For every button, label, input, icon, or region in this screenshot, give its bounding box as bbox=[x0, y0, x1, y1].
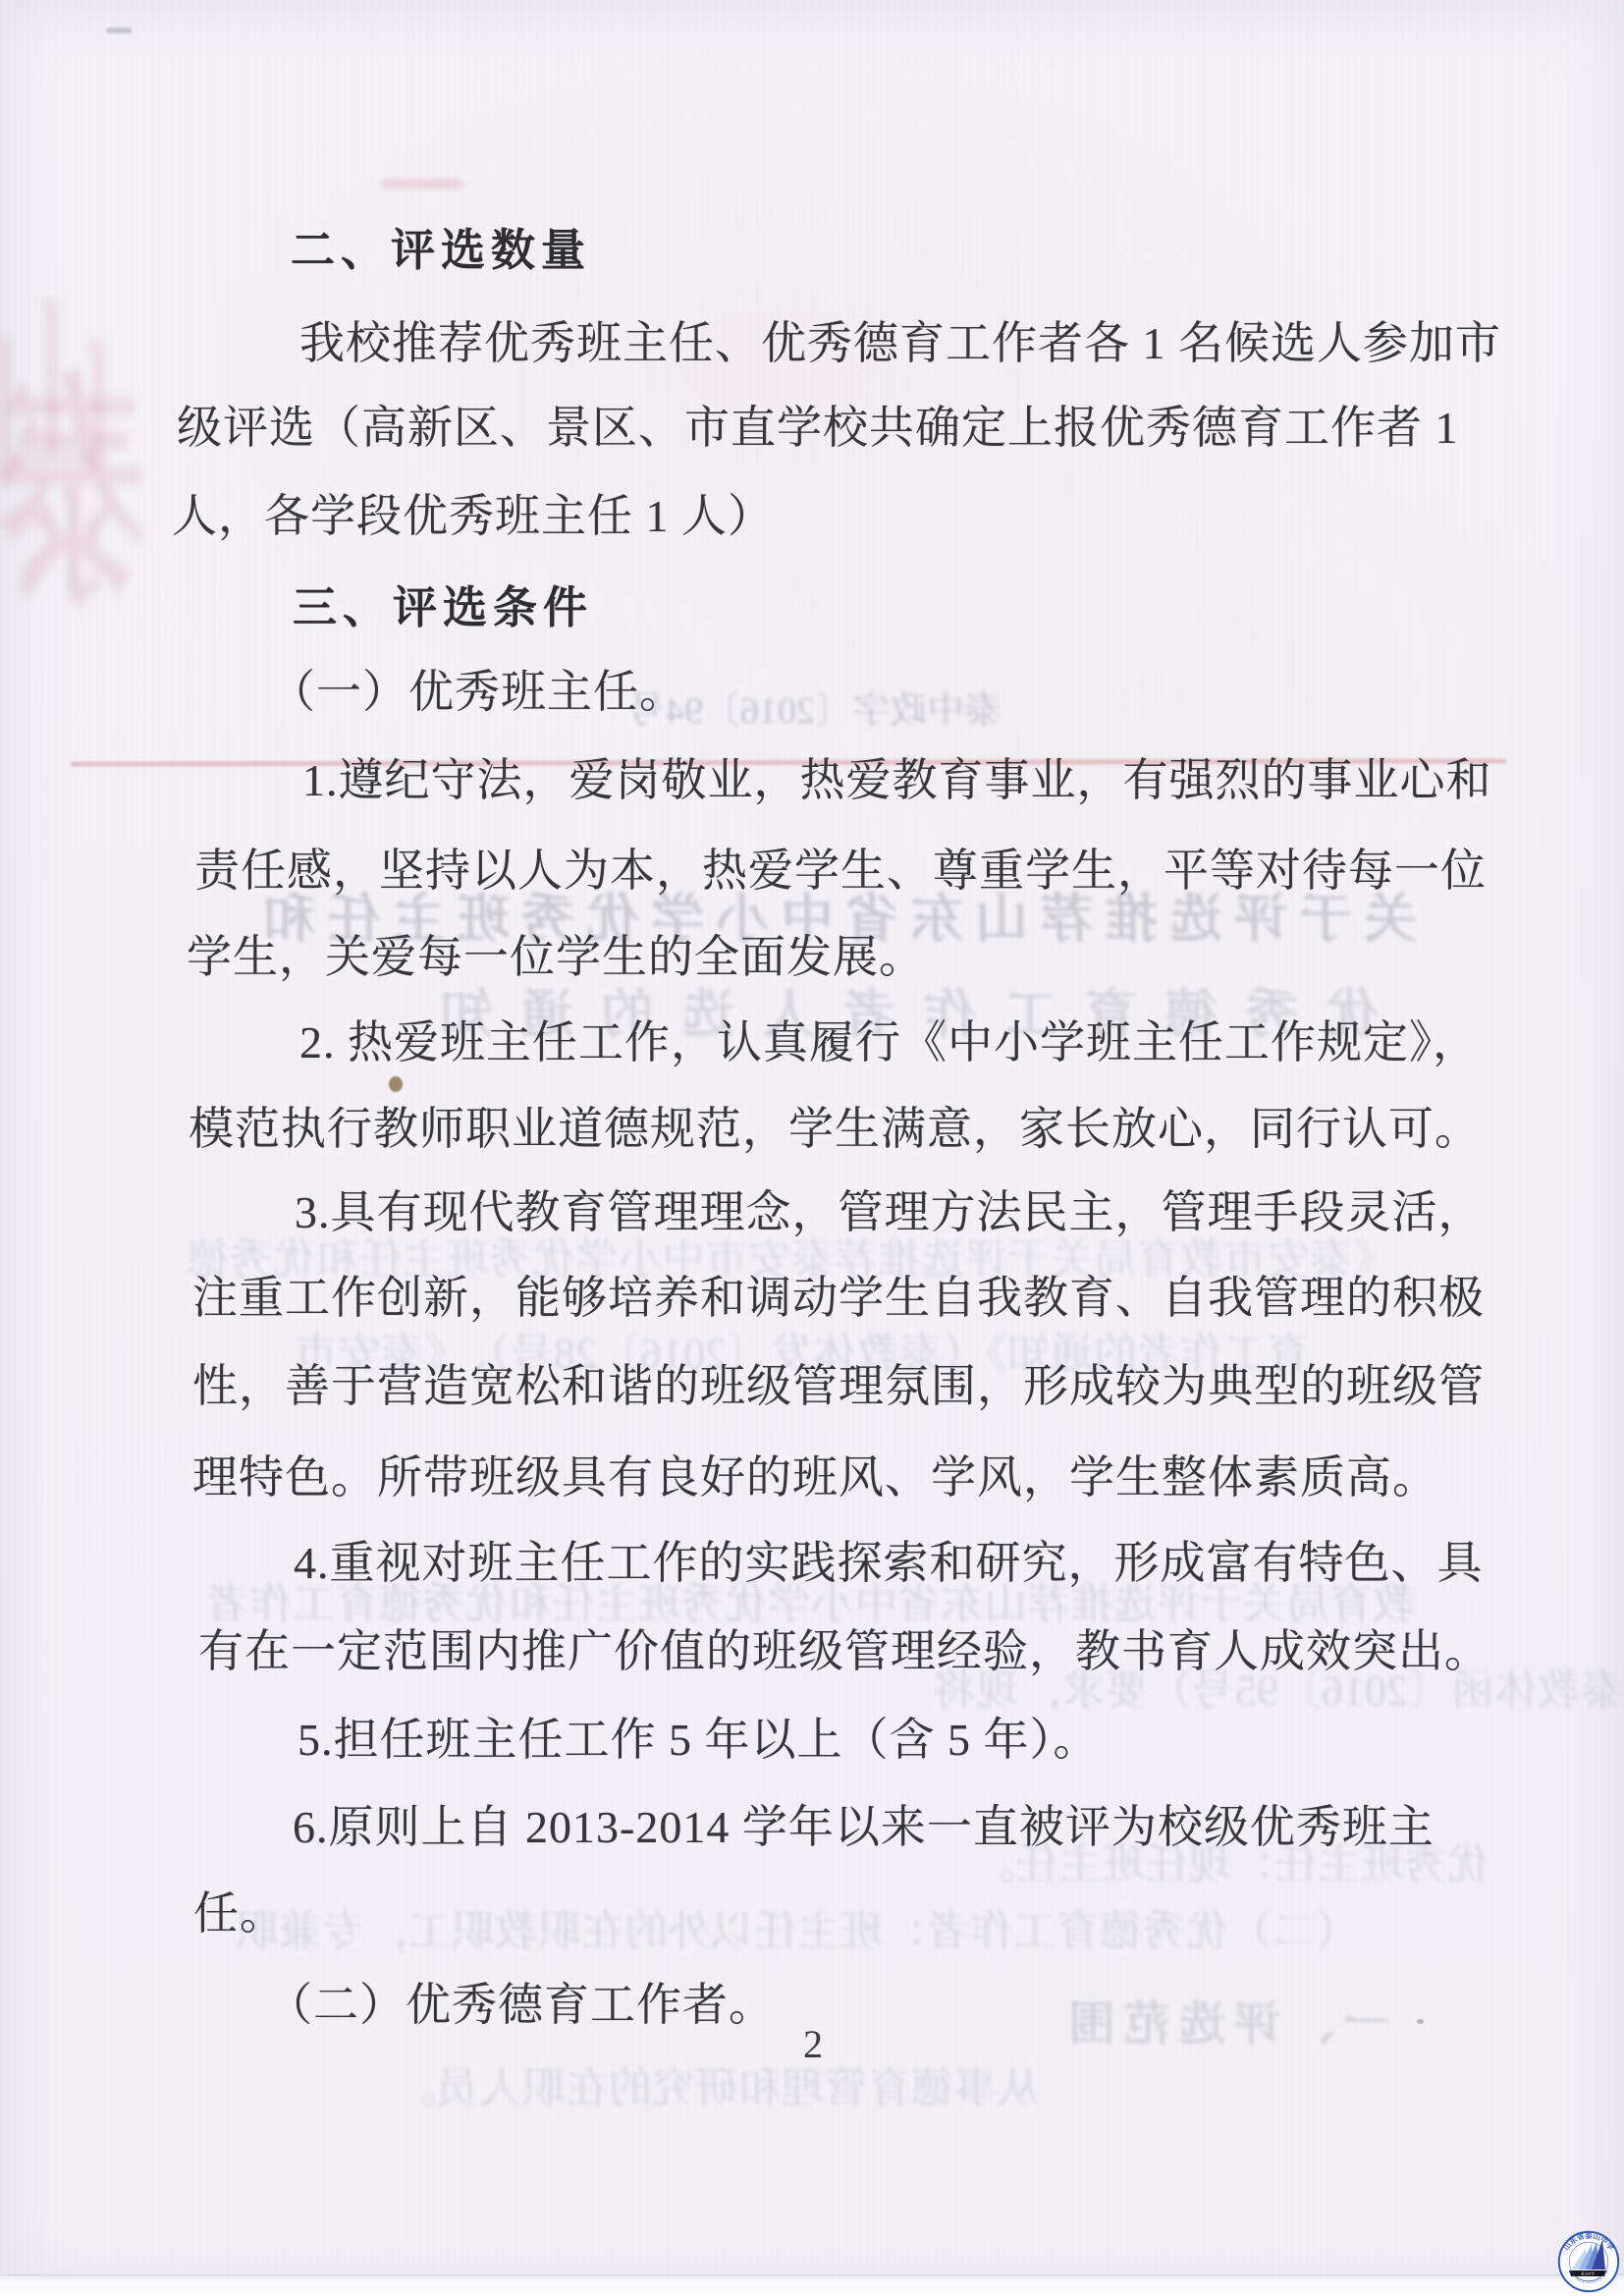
paragraph-line: 2. 热爱班主任工作，认真履行《中小学班主任工作规定》， bbox=[299, 1007, 1479, 1071]
paragraph-line: 3.具有现代教育管理理念，管理方法民主，管理手段灵活， bbox=[295, 1176, 1485, 1241]
paragraph-line: 人，各学段优秀班主任 1 人） bbox=[172, 480, 774, 545]
section-heading-2: 二、评选数量 bbox=[291, 214, 591, 278]
paragraph-line: 6.原则上自 2013-2014 学年以来一直被评为校级优秀班主 bbox=[293, 1791, 1435, 1856]
paragraph-line: 责任感，坚持以人为本，热爱学生、尊重学生，平等对待每一位 bbox=[194, 835, 1487, 900]
subsection-heading: （一）优秀班主任。 bbox=[270, 656, 685, 721]
paragraph-line: 理特色。所带班级具有良好的班风、学风，学生整体素质高。 bbox=[192, 1442, 1438, 1506]
paragraph-line: 我校推荐优秀班主任、优秀德育工作者各 1 名候选人参加市 bbox=[299, 307, 1501, 372]
paragraph-line: 模范执行教师职业道德规范，学生满意，家长放心，同行认可。 bbox=[189, 1093, 1481, 1158]
paper-speck bbox=[389, 1076, 403, 1092]
school-logo: 泰山中学 山东省泰山中学 TAI SHAN MIDDLE SCHOOL SHAN… bbox=[1557, 2230, 1620, 2293]
logo-base-text: 泰山中学 bbox=[1581, 2271, 1595, 2276]
page-number: 2 bbox=[803, 2021, 823, 2067]
paragraph-line: 级评选（高新区、景区、市直学校共确定上报优秀德育工作者 1 bbox=[177, 392, 1459, 457]
paragraph-line: 注重工作创新，能够培养和调动学生自我教育、自我管理的积极 bbox=[192, 1262, 1485, 1327]
paragraph-line: 学生，关爱每一位学生的全面发展。 bbox=[187, 921, 925, 986]
paragraph-line: 性，善于营造宽松和谐的班级管理氛围，形成较为典型的班级管 bbox=[192, 1350, 1485, 1415]
paragraph-line: 任。 bbox=[193, 1878, 286, 1942]
bleedthrough-text-line: 从事德育管理和研究的在职人员。 bbox=[393, 2052, 1041, 2115]
paragraph-line: 5.担任班主任工作 5 年以上（含 5 年）。 bbox=[298, 1704, 1100, 1769]
scanned-document-page: 山东省泰山中学文件 泰山中学文件 泰中政字〔2016〕94号 关于评选推荐山东省… bbox=[0, 0, 1624, 2296]
bleedthrough-red-letterhead: 泰山中学文件 bbox=[0, 295, 147, 655]
section-heading-3: 三、评选条件 bbox=[293, 572, 593, 635]
bleedthrough-text-line: 一、评选范围 bbox=[1060, 1986, 1390, 2053]
paragraph-line: 1.遵纪守法，爱岗敬业，热爱教育事业，有强烈的事业心和 bbox=[302, 744, 1492, 809]
pink-smudge-artifact bbox=[381, 179, 463, 190]
paper-speck bbox=[1417, 2019, 1424, 2024]
bleedthrough-text-line: （二）优秀德育工作者：班主任以外的在职教职工，专兼职 bbox=[236, 1895, 1359, 1958]
paper-speck bbox=[106, 27, 132, 33]
subsection-heading: （二）优秀德育工作者。 bbox=[267, 1969, 775, 2034]
scan-bottom-edge bbox=[0, 2274, 1624, 2296]
paragraph-line: 4.重视对班主任工作的实践探索和研究，形成富有特色、具 bbox=[294, 1527, 1484, 1592]
paragraph-line: 有在一定范围内推广价值的班级管理经验，教书育人成效突出。 bbox=[198, 1615, 1490, 1680]
